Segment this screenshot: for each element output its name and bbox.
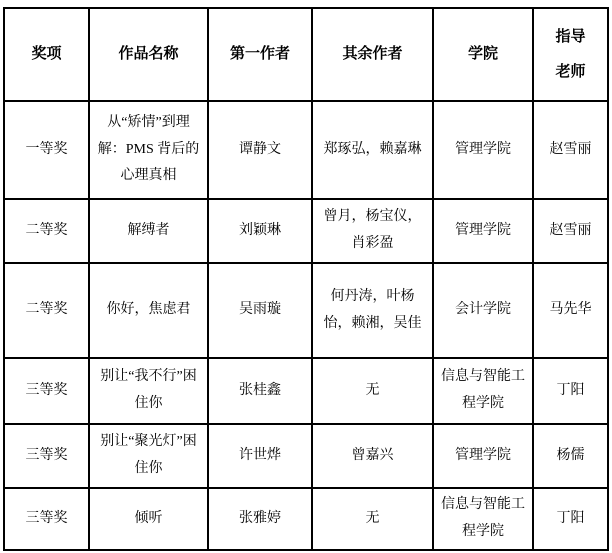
header-cell-college: 学院 [433, 8, 533, 101]
cell-work-title: 解缚者 [89, 199, 208, 263]
cell-advisor: 丁阳 [533, 358, 608, 424]
award-results-table: 奖项 作品名称 第一作者 其余作者 学院 指导 老师 一等奖 从“矫情”到理解：… [3, 7, 609, 551]
cell-advisor: 赵雪丽 [533, 101, 608, 199]
table-header-row: 奖项 作品名称 第一作者 其余作者 学院 指导 老师 [4, 8, 608, 101]
table-row: 三等奖 别让“聚光灯”困住你 许世烨 曾嘉兴 管理学院 杨儒 [4, 424, 608, 488]
cell-award: 三等奖 [4, 424, 89, 488]
cell-first-author: 张雅婷 [208, 488, 312, 550]
cell-award: 三等奖 [4, 358, 89, 424]
cell-first-author: 刘颖琳 [208, 199, 312, 263]
cell-first-author: 许世烨 [208, 424, 312, 488]
cell-award: 三等奖 [4, 488, 89, 550]
cell-award: 二等奖 [4, 263, 89, 358]
table-row: 二等奖 你好，焦虑君 吴雨璇 何丹涛，叶杨怡，赖湘，吴佳 会计学院 马先华 [4, 263, 608, 358]
cell-work-title: 别让“聚光灯”困住你 [89, 424, 208, 488]
cell-work-title: 别让“我不行”困住你 [89, 358, 208, 424]
cell-award: 二等奖 [4, 199, 89, 263]
table-row: 三等奖 倾听 张雅婷 无 信息与智能工程学院 丁阳 [4, 488, 608, 550]
cell-advisor: 马先华 [533, 263, 608, 358]
cell-advisor: 杨儒 [533, 424, 608, 488]
header-cell-award: 奖项 [4, 8, 89, 101]
cell-work-title: 你好，焦虑君 [89, 263, 208, 358]
cell-other-authors: 何丹涛，叶杨怡，赖湘，吴佳 [312, 263, 433, 358]
cell-college: 管理学院 [433, 101, 533, 199]
cell-college: 信息与智能工程学院 [433, 488, 533, 550]
cell-first-author: 张桂鑫 [208, 358, 312, 424]
table-row: 三等奖 别让“我不行”困住你 张桂鑫 无 信息与智能工程学院 丁阳 [4, 358, 608, 424]
cell-other-authors: 曾月，杨宝仪，肖彩盈 [312, 199, 433, 263]
header-cell-other-authors: 其余作者 [312, 8, 433, 101]
header-cell-first-author: 第一作者 [208, 8, 312, 101]
cell-other-authors: 曾嘉兴 [312, 424, 433, 488]
cell-other-authors: 无 [312, 488, 433, 550]
cell-other-authors: 无 [312, 358, 433, 424]
cell-work-title: 从“矫情”到理解：PMS 背后的心理真相 [89, 101, 208, 199]
cell-other-authors: 郑琢弘，赖嘉琳 [312, 101, 433, 199]
cell-college: 信息与智能工程学院 [433, 358, 533, 424]
cell-award: 一等奖 [4, 101, 89, 199]
cell-work-title: 倾听 [89, 488, 208, 550]
cell-first-author: 吴雨璇 [208, 263, 312, 358]
cell-college: 管理学院 [433, 424, 533, 488]
cell-college: 会计学院 [433, 263, 533, 358]
header-cell-work-title: 作品名称 [89, 8, 208, 101]
cell-advisor: 丁阳 [533, 488, 608, 550]
header-cell-advisor: 指导 老师 [533, 8, 608, 101]
cell-first-author: 谭静文 [208, 101, 312, 199]
table-row: 一等奖 从“矫情”到理解：PMS 背后的心理真相 谭静文 郑琢弘，赖嘉琳 管理学… [4, 101, 608, 199]
cell-advisor: 赵雪丽 [533, 199, 608, 263]
table-row: 二等奖 解缚者 刘颖琳 曾月，杨宝仪，肖彩盈 管理学院 赵雪丽 [4, 199, 608, 263]
cell-college: 管理学院 [433, 199, 533, 263]
